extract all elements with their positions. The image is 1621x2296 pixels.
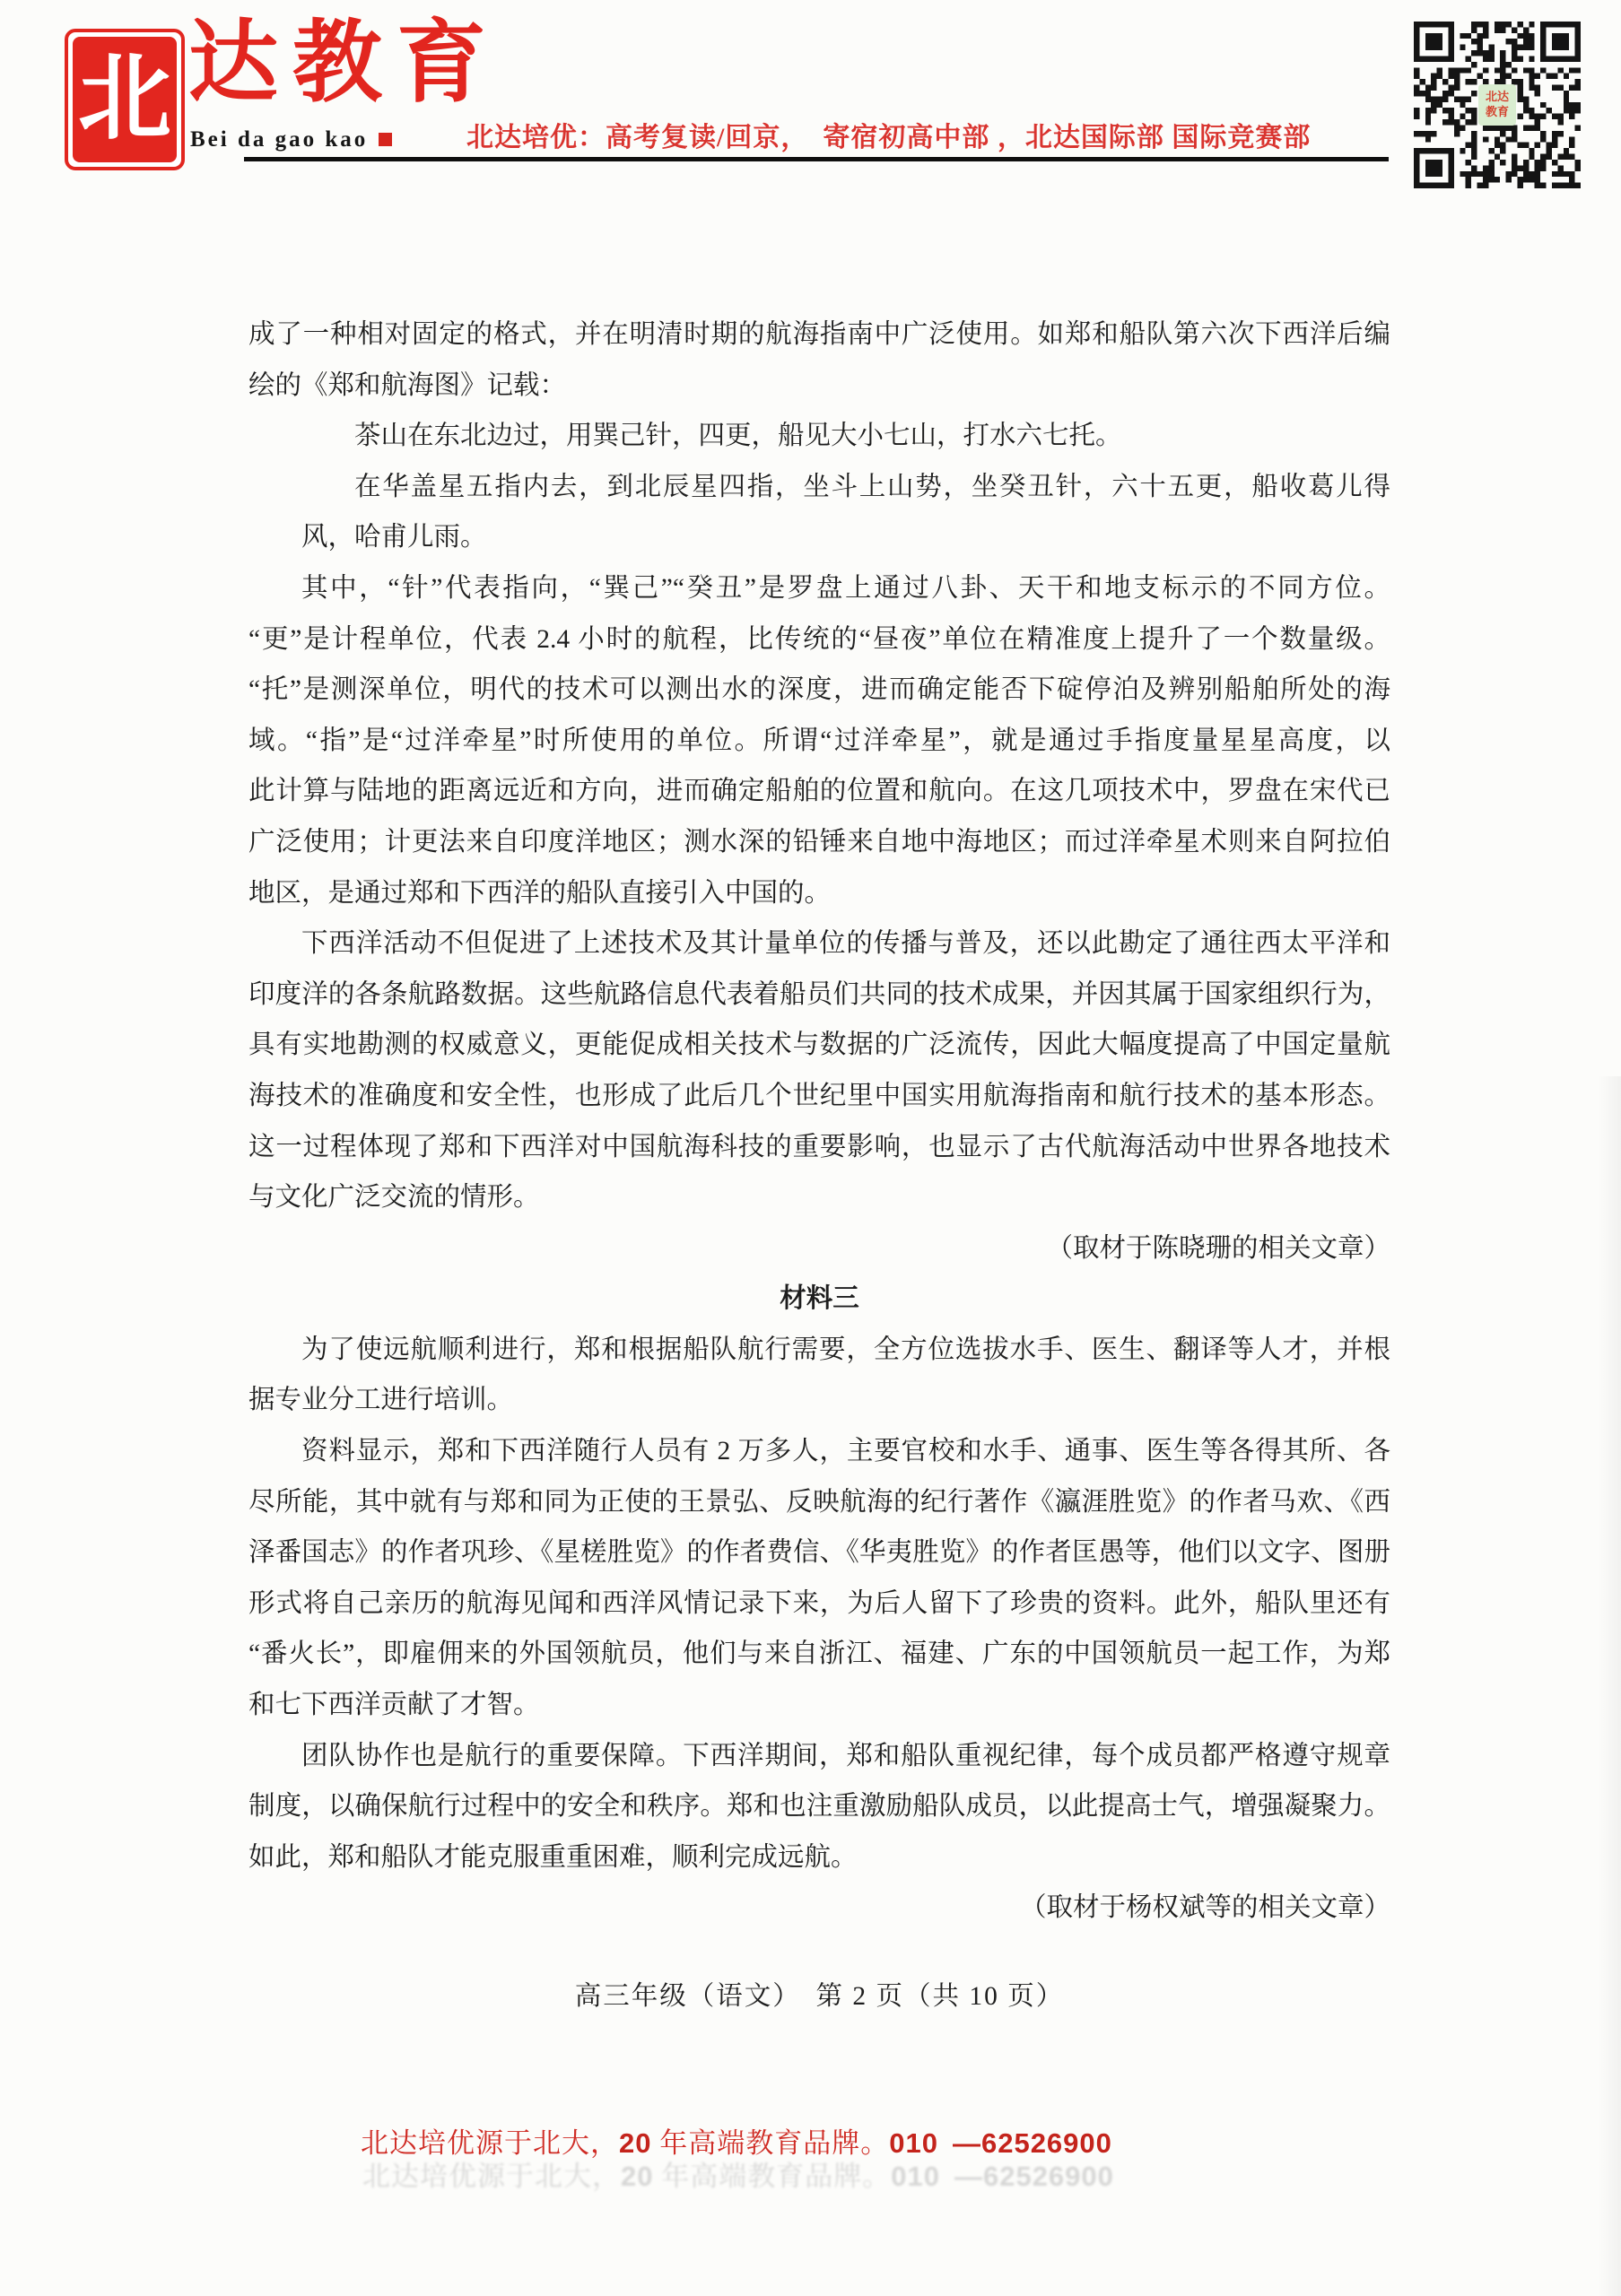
text-line: 其中，“针”代表指向，“巽己”“癸丑”是罗盘上通过八卦、天干和地支标示的不同方位… <box>248 563 1390 614</box>
text-line: 和七下西洋贡献了才智。 <box>248 1680 1390 1731</box>
header-rule <box>244 157 1389 161</box>
text-line: 在华盖星五指内去，到北辰星四指，坐斗上山势，坐癸丑针，六十五更，船收葛儿得 <box>248 462 1390 513</box>
text-line: 资料显示，郑和下西洋随行人员有 2 万多人，主要官校和水手、通事、医生等各得其所… <box>248 1426 1390 1477</box>
brand-wordmark: 达教育 <box>188 14 501 113</box>
text-line: 印度洋的各条航路数据。这些航路信息代表着船员们共同的技术成果，并因其属于国家组织… <box>248 970 1390 1021</box>
text-line: 泽番国志》的作者巩珍、《星槎胜览》的作者费信、《华夷胜览》的作者匡愚等，他们以文… <box>248 1527 1390 1578</box>
qr-code: 北达 教育 <box>1413 22 1582 188</box>
text-line: 这一过程体现了郑和下西洋对中国航海科技的重要影响，也显示了古代航海活动中世界各地… <box>248 1122 1390 1173</box>
qr-badge-text: 北达 <box>1478 89 1516 104</box>
text-line: 绘的《郑和航海图》记载： <box>248 361 1390 412</box>
text-line: 据专业分工进行培训。 <box>248 1375 1390 1426</box>
header-slogan: 北达培优：高考复读/回京， 寄宿初高中部 ，北达国际部 国际竞赛部 <box>466 115 1311 154</box>
text-line: 材料三 <box>248 1274 1390 1325</box>
text-line: 风，哈甫儿雨。 <box>248 512 1390 563</box>
red-square-icon <box>379 133 392 146</box>
text-line: （取材于陈晓珊的相关文章） <box>248 1223 1390 1274</box>
scanned-exam-page: 北 达教育 Bei da gao kao 北达培优：高考复读/回京， 寄宿初高中… <box>0 0 1621 2296</box>
text-line: 下西洋活动不但促进了上述技术及其计量单位的传播与普及，还以此勘定了通往西太平洋和 <box>248 918 1390 970</box>
text-line: “更”是计程单位，代表 2.4 小时的航程，比传统的“昼夜”单位在精准度上提升了… <box>248 614 1390 665</box>
text-line: “托”是测深单位，明代的技术可以测出水的深度，进而确定能否下碇停泊及辨别船舶所处… <box>248 665 1390 716</box>
text-line: 为了使远航顺利进行，郑和根据船队航行需要，全方位选拔水手、医生、翻译等人才，并根 <box>248 1325 1390 1376</box>
qr-center-badge: 北达 教育 <box>1478 84 1516 126</box>
text-line: 海技术的准确度和安全性，也形成了此后几个世纪里中国实用航海指南和航行技术的基本形… <box>248 1071 1390 1122</box>
text-line: “番火长”，即雇佣来的外国领航员，他们与来自浙江、福建、广东的中国领航员一起工作… <box>248 1629 1390 1680</box>
brand-seal: 北 <box>65 29 185 170</box>
text-line: 茶山在东北边过，用巽己针，四更，船见大小七山，打水六七托。 <box>248 411 1390 462</box>
text-line: 此计算与陆地的距离远近和方向，进而确定船舶的位置和航向。在这几项技术中，罗盘在宋… <box>248 766 1390 817</box>
text-line: （取材于杨权斌等的相关文章） <box>248 1883 1390 1934</box>
text-line: 制度，以确保航行过程中的安全和秩序。郑和也注重激励船队成员，以此提高士气，增强凝… <box>248 1781 1390 1832</box>
text-line: 地区，是通过郑和下西洋的船队直接引入中国的。 <box>248 868 1390 919</box>
text-line: 域。“指”是“过洋牵星”时所使用的单位。所谓“过洋牵星”，就是通过手指度量星星高… <box>248 716 1390 767</box>
document-body: 成了一种相对固定的格式，并在明清时期的航海指南中广泛使用。如郑和船队第六次下西洋… <box>248 309 1390 2022</box>
brand-tagline-text: Bei da gao kao <box>190 127 368 152</box>
text-line: 成了一种相对固定的格式，并在明清时期的航海指南中广泛使用。如郑和船队第六次下西洋… <box>248 309 1390 361</box>
seal-character: 北 <box>73 37 177 162</box>
text-line: 形式将自己亲历的航海见闻和西洋风情记录下来，为后人留下了珍贵的资料。此外，船队里… <box>248 1578 1390 1630</box>
brand-tagline: Bei da gao kao <box>190 127 392 152</box>
scan-edge-shading <box>1598 1076 1621 2296</box>
text-line: 具有实地勘测的权威意义，更能促成相关技术与数据的广泛流传，因此大幅度提高了中国定… <box>248 1020 1390 1071</box>
text-line: 尽所能，其中就有与郑和同为正使的王景弘、反映航海的纪行著作《瀛涯胜览》的作者马欢… <box>248 1477 1390 1528</box>
text-line: 团队协作也是航行的重要保障。下西洋期间，郑和船队重视纪律，每个成员都严格遵守规章 <box>248 1731 1390 1782</box>
text-line: 如此，郑和船队才能克服重重困难，顺利完成远航。 <box>248 1832 1390 1883</box>
footer-note-ghost: 北达培优源于北大，20 年高端教育品牌。010—62526900 <box>362 2153 1114 2194</box>
text-line: 高三年级（语文） 第 2 页（共 10 页） <box>248 1971 1390 2022</box>
qr-badge-text: 教育 <box>1478 104 1516 119</box>
text-line: 广泛使用；计更法来自印度洋地区；测水深的铅锤来自地中海地区；而过洋牵星术则来自阿… <box>248 817 1390 868</box>
text-line: 与文化广泛交流的情形。 <box>248 1172 1390 1223</box>
